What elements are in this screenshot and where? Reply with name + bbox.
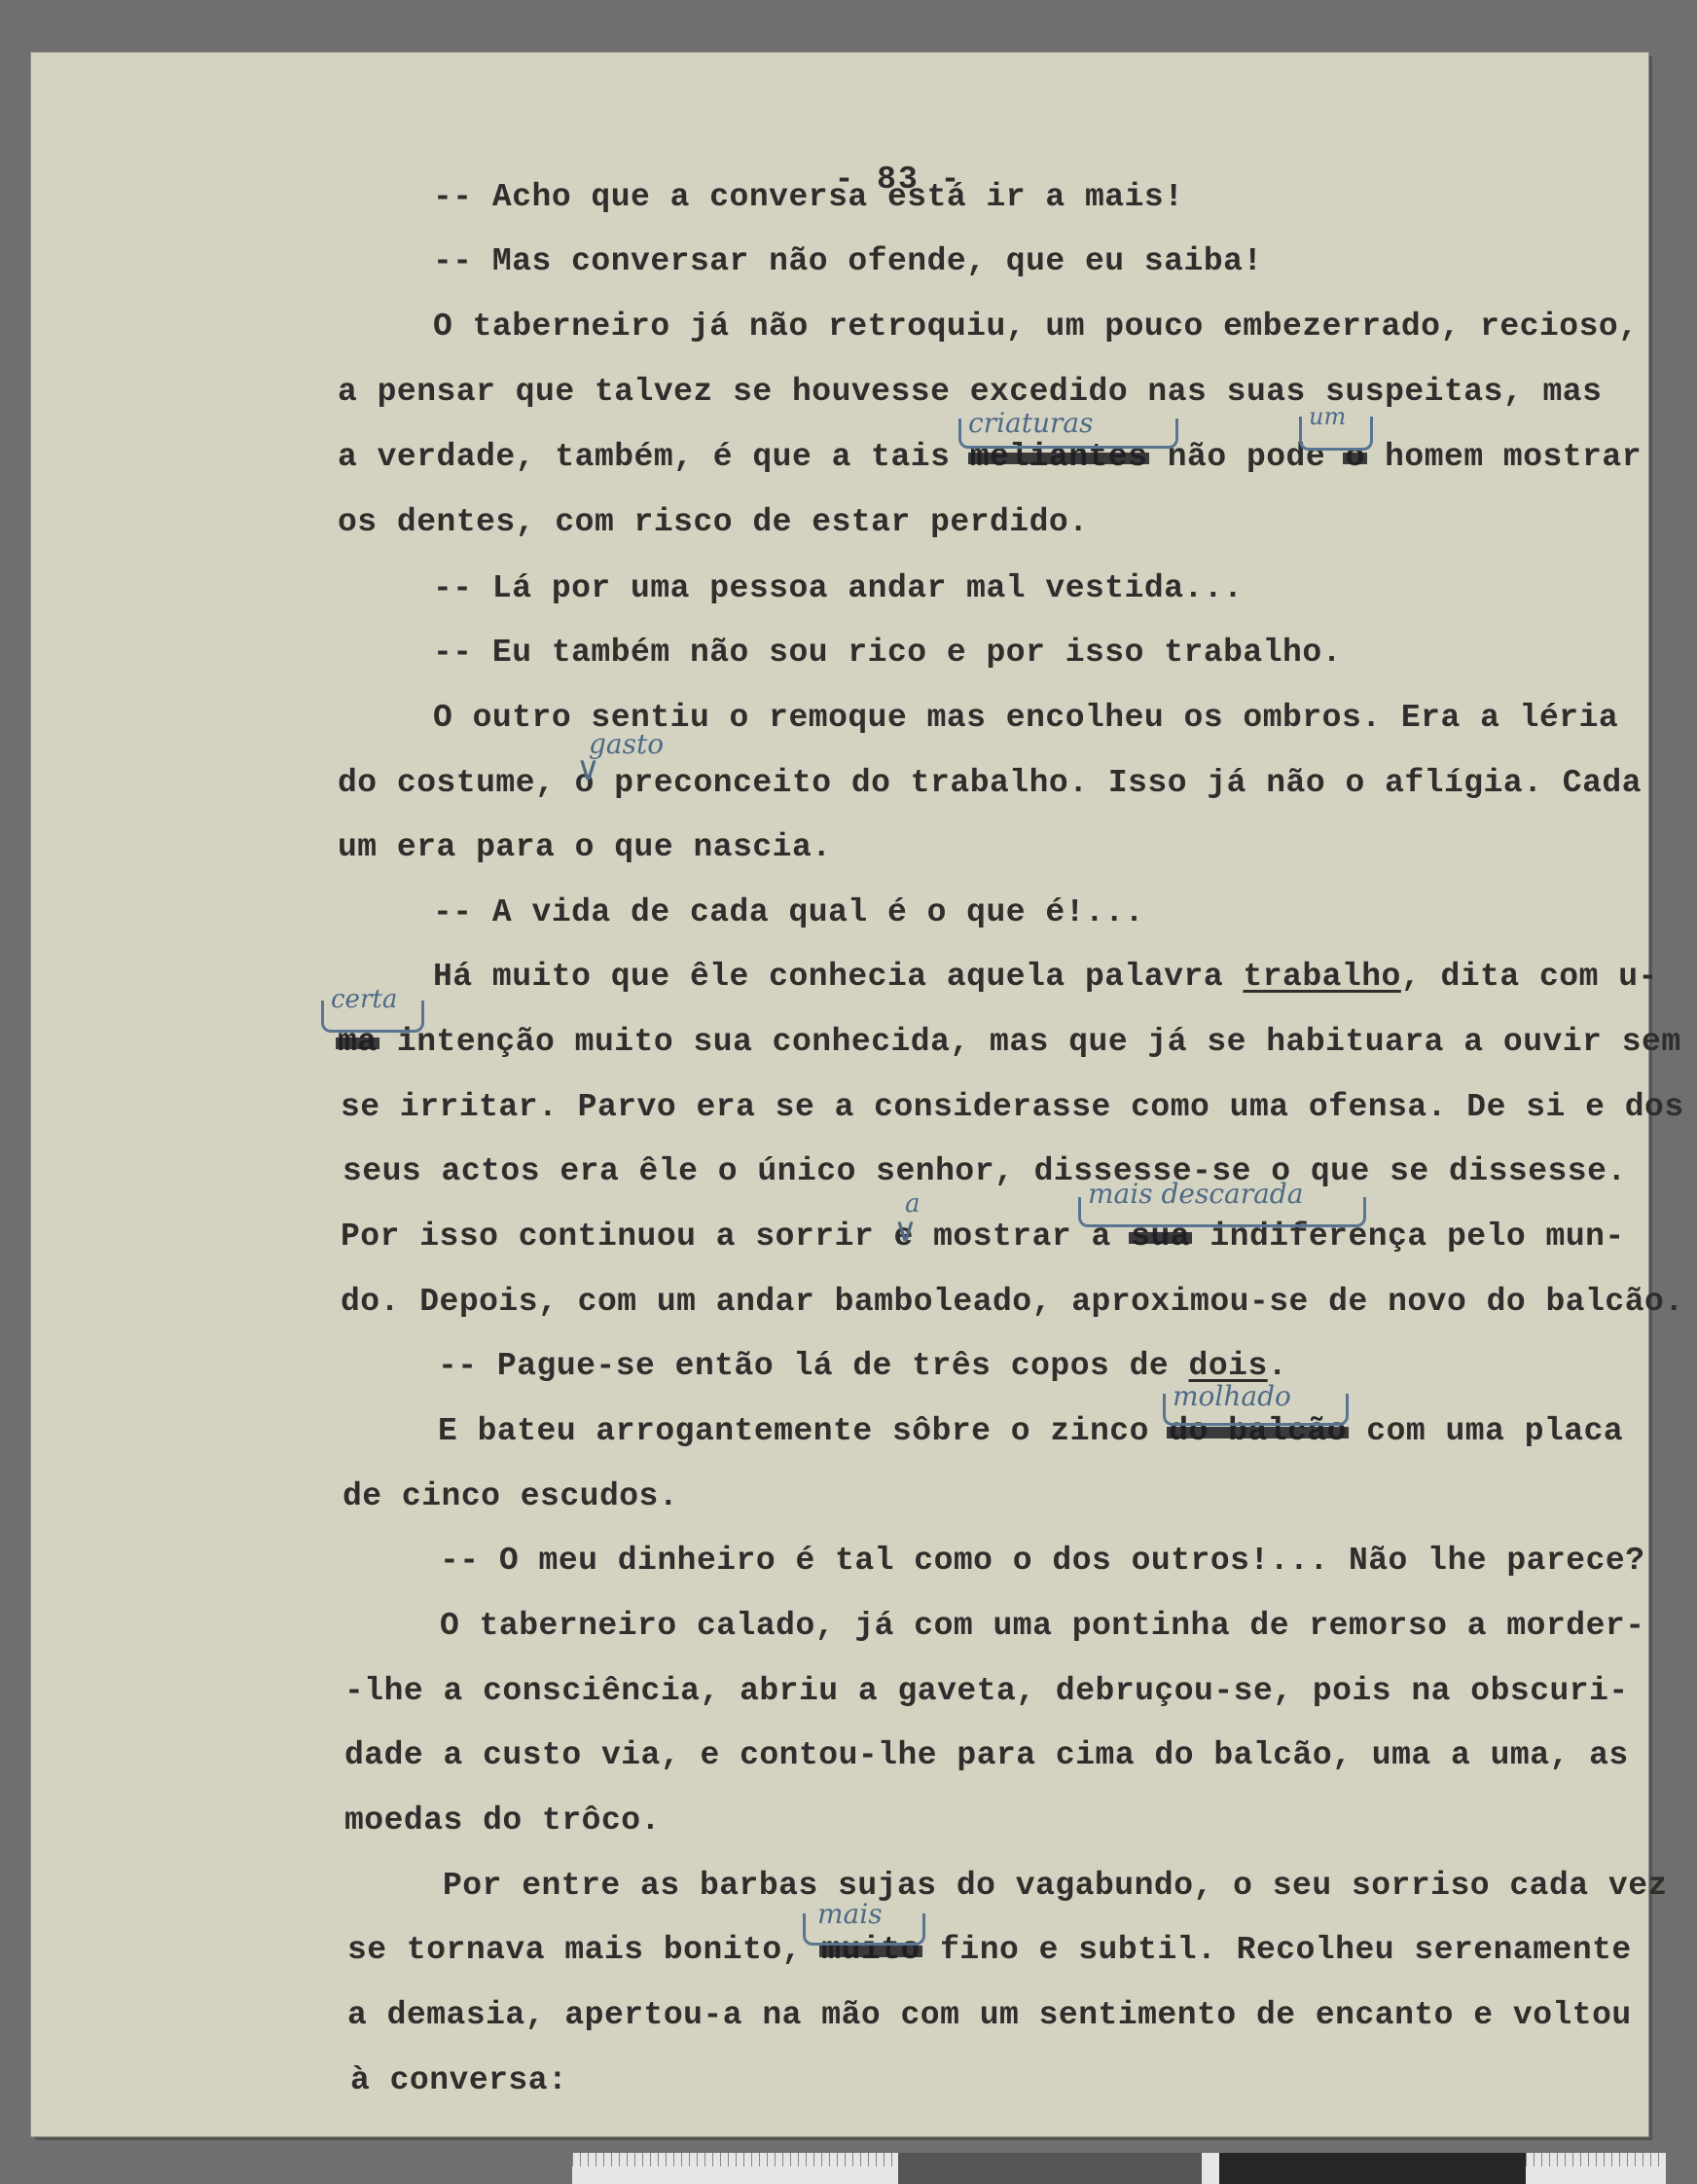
text-line-7: -- Lá por uma pessoa andar mal vestida..… <box>433 569 1243 608</box>
text-line-22: -- O meu dinheiro é tal como o dos outro… <box>440 1542 1645 1581</box>
text-line-3: O taberneiro já não retroquiu, um pouco … <box>433 308 1639 346</box>
text-line-25: dade a custo via, e contou-lhe para cima… <box>344 1736 1629 1775</box>
text-line-18: do. Depois, com um andar bamboleado, apr… <box>341 1283 1684 1322</box>
text-line-21: de cinco escudos. <box>343 1477 678 1516</box>
text-line-17: Por isso continuou a sorrir e mostrar a … <box>341 1218 1625 1256</box>
line-text-before: -- Pague-se então lá de três copos de <box>438 1348 1189 1384</box>
text-line-14: ma intenção muito sua conhecida, mas que… <box>338 1023 1681 1062</box>
line-text-after: com uma placa <box>1347 1413 1623 1449</box>
text-line-6: os dentes, com risco de estar perdido. <box>338 503 1089 542</box>
text-line-30: à conversa: <box>350 2061 567 2100</box>
underlined-word: dois <box>1189 1348 1268 1384</box>
insertion-caret: ∨ <box>893 1211 918 1250</box>
line-text-before: se tornava mais bonito, <box>347 1932 821 1968</box>
line-text-before: a verdade, também, é que a tais <box>338 439 970 475</box>
line-text-after: homem mostrar <box>1365 439 1642 475</box>
text-line-10: do costume, o preconceito do trabalho. I… <box>338 764 1642 803</box>
annotation-bracket <box>1078 1197 1366 1227</box>
text-line-23: O taberneiro calado, já com uma pontinha… <box>440 1607 1645 1646</box>
text-line-29: a demasia, apertou-a na mão com um senti… <box>347 1996 1632 2035</box>
text-line-4: a pensar que talvez se houvesse excedido… <box>338 373 1602 412</box>
line-text-before: Por isso continuou a sorrir e mostrar a <box>341 1219 1131 1255</box>
annotation-bracket <box>803 1913 925 1946</box>
annotation-bracket <box>1299 417 1373 451</box>
text-line-11: um era para o que nascia. <box>338 828 832 867</box>
line-text-after: fino e subtil. Recolheu serenamente <box>921 1932 1632 1968</box>
text-line-19: -- Pague-se então lá de três copos de do… <box>438 1347 1287 1386</box>
text-line-8: -- Eu também não sou rico e por isso tra… <box>433 634 1342 673</box>
underlined-word: trabalho <box>1243 959 1400 995</box>
annotation-bracket <box>321 1001 424 1033</box>
scale-ruler-gray <box>898 2153 1202 2184</box>
ruler-ticks <box>572 2153 898 2166</box>
scale-ruler-white <box>1526 2153 1666 2184</box>
text-line-27: Por entre as barbas sujas do vagabundo, … <box>443 1867 1668 1906</box>
scale-ruler-black <box>1219 2153 1526 2184</box>
scale-ruler-white <box>1202 2153 1219 2184</box>
ruler-ticks <box>1526 2153 1666 2166</box>
line-text-before: Há muito que êle conhecia aquela palavra <box>433 959 1243 995</box>
text-line-24: -lhe a consciência, abriu a gaveta, debr… <box>344 1672 1629 1711</box>
text-line-16: seus actos era êle o único senhor, disse… <box>343 1152 1627 1191</box>
scale-ruler-white <box>572 2153 898 2184</box>
text-line-28: se tornava mais bonito, muito fino e sub… <box>347 1931 1632 1970</box>
text-line-20: E bateu arrogantemente sôbre o zinco do … <box>438 1412 1623 1451</box>
text-line-26: moedas do trôco. <box>344 1802 661 1840</box>
line-text-after: intenção muito sua conhecida, mas que já… <box>378 1024 1681 1060</box>
text-line-1: -- Acho que a conversa está ir a mais! <box>433 178 1184 217</box>
line-text-after: , dita com u- <box>1401 959 1658 995</box>
line-text-before: E bateu arrogantemente sôbre o zinco <box>438 1413 1169 1449</box>
text-line-15: se irritar. Parvo era se a considerasse … <box>341 1088 1684 1127</box>
annotation-bracket <box>958 419 1178 449</box>
text-line-12: -- A vida de cada qual é o que é!... <box>433 893 1144 932</box>
text-line-2: -- Mas conversar não ofende, que eu saib… <box>433 242 1263 281</box>
annotation-bracket <box>1163 1394 1349 1426</box>
text-line-13: Há muito que êle conhecia aquela palavra… <box>433 958 1658 997</box>
insertion-caret: ∨ <box>576 749 600 788</box>
line-text-after: . <box>1268 1348 1287 1384</box>
